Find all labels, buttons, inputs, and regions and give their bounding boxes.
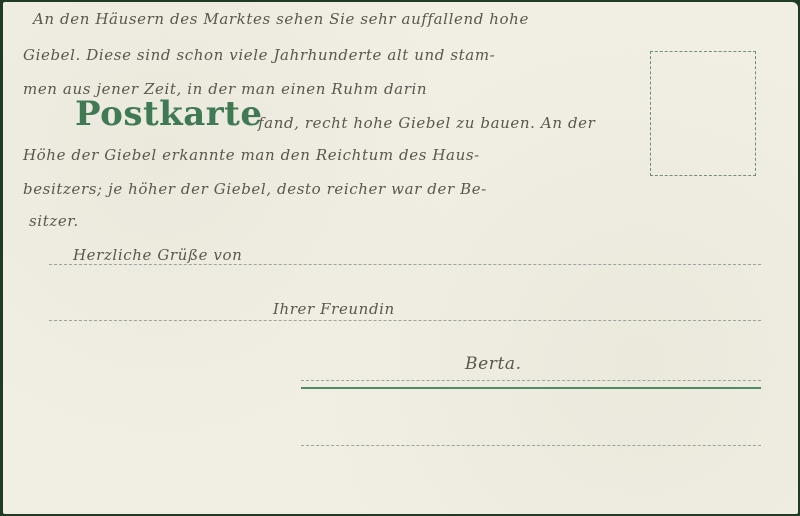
message-line: fand, recht hohe Giebel zu bauen. An der (258, 114, 595, 132)
message-line: men aus jener Zeit, in der man einen Ruh… (23, 80, 427, 98)
address-line-3 (301, 380, 761, 381)
message-line: besitzers; je höher der Giebel, desto re… (23, 180, 487, 198)
postcard-title: Postkarte (75, 94, 263, 134)
signature: Berta. (465, 354, 522, 374)
message-line: An den Häusern des Marktes sehen Sie seh… (33, 10, 529, 28)
stamp-box (650, 51, 756, 176)
from-text: Ihrer Freundin (273, 300, 395, 318)
address-line-1 (49, 264, 761, 265)
address-underline (301, 387, 761, 389)
address-line-2 (49, 320, 761, 321)
message-line: Giebel. Diese sind schon viele Jahrhunde… (23, 46, 495, 64)
message-line: Höhe der Giebel erkannte man den Reichtu… (23, 146, 480, 164)
message-line: sitzer. (29, 212, 79, 230)
closing-text: Herzliche Grüße von (73, 246, 242, 264)
postcard: Postkarte An den Häusern des Marktes seh… (3, 2, 798, 514)
address-line-4 (301, 445, 761, 446)
